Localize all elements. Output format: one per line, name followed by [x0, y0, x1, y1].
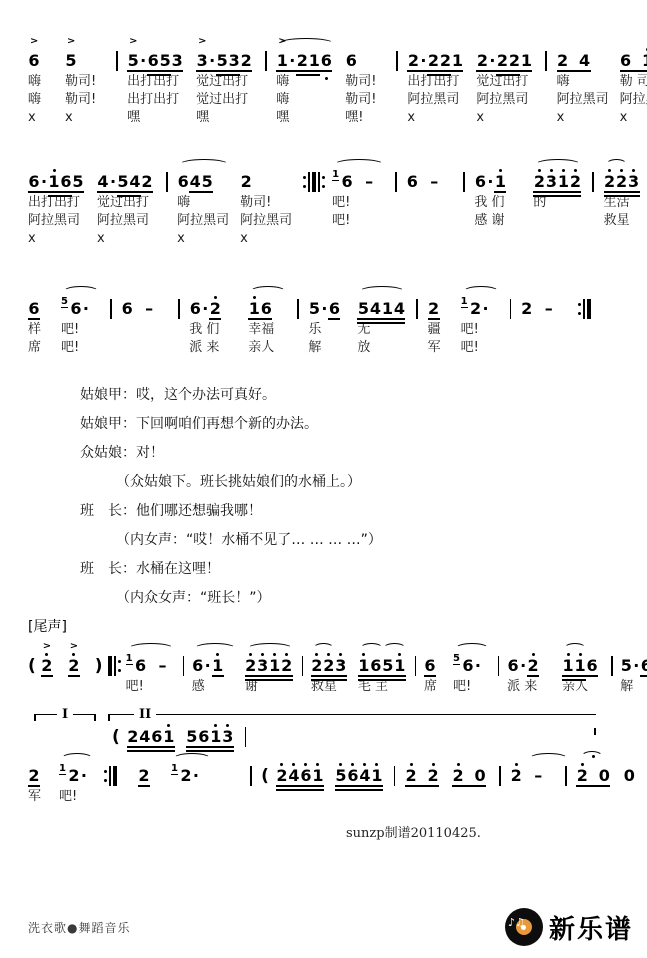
lyric-line [178, 339, 182, 357]
note-cell: 6·1感 [192, 641, 240, 696]
lyric-line [297, 321, 301, 339]
lyric-line: 吧! [126, 678, 178, 696]
accent-mark: > [30, 37, 38, 46]
barline-single [250, 765, 252, 787]
note-cell: 2 0 [576, 751, 616, 806]
dialogue-line: （内众女声：“班长！”） [116, 584, 647, 613]
barline-single [166, 171, 168, 193]
lyric-line [28, 678, 36, 696]
barline-cell [578, 284, 591, 357]
lyric-line: 勒司! [65, 91, 109, 109]
lyric-line [565, 788, 569, 806]
lyric-line [116, 109, 120, 127]
volta-bracket-2: II [108, 714, 596, 722]
lyric-line [110, 321, 114, 339]
note-cell: >5·653出打出打出打出打嘿 [127, 36, 189, 127]
note-cell: 6 – [121, 284, 171, 357]
barline-cell [592, 157, 596, 248]
grace-note: 1 [171, 764, 178, 775]
lyric-line [303, 194, 325, 212]
note-cell: 2·221出打出打阿拉黑司x [407, 36, 469, 127]
barline-cell [245, 712, 247, 749]
note-cell: 2 2 [405, 751, 445, 806]
barline-cell [415, 641, 419, 696]
note-cell: 223生活救星 [604, 157, 646, 248]
note-cell: >3·532觉过出打觉过出打嘿 [196, 36, 258, 127]
lyric-line: 吧! [59, 788, 97, 806]
barline-cell [183, 641, 187, 696]
lyric-line: x [177, 230, 233, 248]
lyric-line [396, 109, 400, 127]
barline-repeat [108, 655, 121, 677]
lyric-line [395, 230, 399, 248]
lyric-line [95, 678, 103, 696]
note-cell: 2312的 [533, 157, 585, 248]
lyric-line [104, 788, 117, 806]
lyric-line [415, 678, 419, 696]
barline-cell [302, 641, 306, 696]
barline-cell [545, 36, 549, 127]
lyric-line [166, 194, 170, 212]
dialogue-line: （众姑娘下。班长挑姑娘们的水桶上。） [116, 468, 647, 497]
paren-cell: ) [95, 641, 103, 696]
lyric-line: 解 [308, 339, 350, 357]
slur-arc [250, 286, 286, 297]
lyric-line: 吧! [461, 321, 503, 339]
slur-arc [455, 643, 489, 654]
note-cell: 1651毛 主 [358, 641, 410, 696]
site-brand: ♪♫ 新乐谱 [505, 908, 633, 946]
lyric-line [623, 788, 641, 806]
note-cell: >5勒司!勒司!x [65, 36, 109, 127]
lyric-line: 阿拉黑司 [97, 212, 159, 230]
barline-single [510, 298, 512, 320]
lyric-line: 阿拉黑司 [407, 91, 469, 109]
note-cell: 223救星 [311, 641, 353, 696]
lyric-line [463, 194, 467, 212]
lyric-line: 放 [357, 339, 409, 357]
note-cell: >2 [68, 641, 90, 696]
lyric-line [578, 321, 591, 339]
lyric-line [178, 321, 182, 339]
lyric-line: 嘿 [196, 109, 258, 127]
music-system-two: 6·165出打出打阿拉黑司x4·542觉过出打阿拉黑司x 645嗨阿拉黑司x2勒… [28, 157, 647, 248]
note-cell: 6·1我 们感 谢 [474, 157, 526, 248]
lyric-line [474, 230, 526, 248]
lyric-line: 嗨 [28, 73, 58, 91]
barline-single [110, 298, 112, 320]
barline-cell [297, 284, 301, 357]
note-cell: 12·吧! [59, 751, 97, 806]
lyric-line: 疆 [428, 321, 454, 339]
barline-cell [110, 284, 114, 357]
lyric-line: 嗨 [557, 73, 613, 91]
barline-repeat [303, 171, 325, 193]
lyric-line: 勒司! [345, 73, 389, 91]
lyric-line: 嗨 [28, 91, 58, 109]
accent-mark: > [43, 642, 51, 651]
barline-single [545, 50, 547, 72]
lyric-line: 军 [428, 339, 454, 357]
barline-repeat [578, 298, 591, 320]
lyric-line: x [240, 230, 296, 248]
note-cell: 6勒司!勒司!嘿! [345, 36, 389, 127]
music-notes-icon: ♪♫ [508, 916, 525, 929]
engraver-credit: sunzp制谱20110425. [346, 822, 647, 840]
lyric-line [183, 678, 187, 696]
lyric-line: 军 [28, 788, 52, 806]
barline-single [178, 298, 180, 320]
note-cell: 2 – [510, 751, 558, 806]
grace-note: 5 [61, 297, 68, 308]
lyric-line: 嘿 [127, 109, 189, 127]
lyric-line: x [557, 109, 613, 127]
grace-note: 1 [332, 170, 339, 181]
grace-note: 5 [453, 654, 460, 665]
note-cell: 2·221觉过出打阿拉黑司x [476, 36, 538, 127]
dialogue-line: 班 长：水桶在这哩！ [80, 555, 647, 584]
note-cell: 116亲人 [562, 641, 606, 696]
lyric-line: x [28, 109, 58, 127]
lyric-line [406, 212, 456, 230]
note-cell: 5414无放 [357, 284, 409, 357]
lyric-line [303, 212, 325, 230]
lyric-line [499, 788, 503, 806]
lyric-line: 出打出打 [127, 91, 189, 109]
slur-arc [529, 753, 568, 764]
barline-single [463, 171, 465, 193]
volta-bracket-1: I [34, 714, 96, 722]
barline-single [611, 655, 613, 677]
barline-single [565, 765, 567, 787]
lyric-line [416, 321, 420, 339]
lyric-line: 阿拉黑司 [557, 91, 613, 109]
note-cell: 2军 [28, 751, 52, 806]
barline-cell [178, 284, 182, 357]
lyric-line: 感 谢 [474, 212, 526, 230]
note-cell: 6·2派 来 [507, 641, 557, 696]
note-cell: 2461 [127, 712, 179, 749]
parenthesis: ) [95, 655, 103, 677]
accent-mark: > [129, 37, 137, 46]
barline-cell [166, 157, 170, 248]
barline-single [499, 765, 501, 787]
lyric-line: 嗨 [177, 194, 233, 212]
lyric-line [498, 678, 502, 696]
slur-arc [463, 286, 499, 297]
lyric-line [116, 73, 120, 91]
note-cell: 56·吧! [453, 641, 493, 696]
bottom-bar: 洗衣歌●舞蹈音乐 ♪♫ 新乐谱 [28, 908, 633, 946]
paren-cell: ( [261, 751, 269, 806]
lyric-line [41, 678, 63, 696]
barline-single [265, 50, 267, 72]
lyric-line: 勒司! [345, 91, 389, 109]
barline-single [116, 50, 118, 72]
music-system-three: 6样席56·吧!吧! 6 – 6·2我 们派 来16幸福亲人 5·6乐解5414… [28, 284, 647, 357]
lyric-line: 阿拉黑司 [620, 91, 647, 109]
slur-arc [173, 753, 211, 764]
note-cell: 2勒司!阿拉黑司x [240, 157, 296, 248]
dialogue-line: 姑娘甲：下回啊咱们再想个新的办法。 [80, 410, 647, 439]
lyric-line [545, 109, 549, 127]
barline-cell [394, 751, 398, 806]
lyric-line [406, 230, 456, 248]
barline-single [302, 655, 304, 677]
lyric-line [545, 91, 549, 109]
barline-single [183, 655, 185, 677]
barline-cell [463, 157, 467, 248]
lyric-line [261, 788, 269, 806]
barline-cell [510, 284, 514, 357]
lyric-line: 阿拉黑司 [28, 212, 90, 230]
barline-cell [499, 751, 503, 806]
lyric-line: 幸福 [248, 321, 290, 339]
lyric-line: 解 [620, 678, 647, 696]
barline-cell [265, 36, 269, 127]
dialogue-line: 众姑娘：对！ [80, 439, 647, 468]
lyric-line [521, 321, 571, 339]
lyric-line [394, 788, 398, 806]
lyric-line: x [65, 109, 109, 127]
barline-cell [104, 751, 117, 806]
lyric-line [510, 339, 514, 357]
note-cell: 0 [623, 751, 641, 806]
barline-cell [108, 641, 121, 696]
lyric-line [108, 678, 121, 696]
parenthesis: ( [261, 765, 269, 787]
note-cell: 12·吧!吧! [461, 284, 503, 357]
music-system-final: 2军12·吧! 2 12· ( 2461 5641 2 2 2 0 2 – 2 … [28, 751, 628, 806]
slur-arc [194, 643, 236, 654]
lyric-line [121, 321, 171, 339]
note-cell: 2461 [276, 751, 328, 806]
lyric-line [171, 788, 215, 806]
lyric-line [592, 212, 596, 230]
lyric-line [395, 194, 399, 212]
note-cell: 6样席 [28, 284, 54, 357]
lyric-line: 救星 [604, 212, 646, 230]
lyric-line: x [407, 109, 469, 127]
lyric-line [116, 91, 120, 109]
lyric-line: 勒司! [65, 73, 109, 91]
lyric-line [576, 788, 616, 806]
lyric-line: x [476, 109, 538, 127]
slur-arc [278, 38, 334, 49]
lyric-line [166, 212, 170, 230]
slur-arc [63, 286, 99, 297]
note-cell: 6席 [424, 641, 448, 696]
barline-cell [498, 641, 502, 696]
slur-arc [334, 159, 384, 170]
slur-arc [128, 643, 174, 654]
lyric-line: 我 们 [189, 321, 241, 339]
lyric-line: 派 来 [189, 339, 241, 357]
lyric-line [463, 230, 467, 248]
lyric-line [138, 788, 164, 806]
parenthesis: ( [112, 726, 120, 748]
note-cell: >6嗨嗨x [28, 36, 58, 127]
watermark-title: 洗衣歌●舞蹈音乐 [28, 919, 130, 936]
lyric-line [604, 230, 646, 248]
lyric-line: 勒司! [240, 194, 296, 212]
accent-mark: > [70, 642, 78, 651]
note-cell: 56·吧!吧! [61, 284, 103, 357]
lyric-line: 派 来 [507, 678, 557, 696]
barline-single [592, 171, 594, 193]
note-cell: 5613 [186, 712, 238, 749]
lyric-line [405, 788, 445, 806]
barline-single [415, 655, 417, 677]
note-cell: 6·165出打出打阿拉黑司x [28, 157, 90, 248]
barline-cell [565, 751, 569, 806]
lyric-line [592, 194, 596, 212]
lyric-line [121, 339, 171, 357]
lyric-line [533, 230, 585, 248]
barline-cell [250, 751, 254, 806]
lyric-line: 勒 司! [620, 73, 647, 91]
lyric-line: 吧! [453, 678, 493, 696]
barline-cell [116, 36, 120, 127]
lyric-line [250, 788, 254, 806]
barline-single [416, 298, 418, 320]
lyric-line: 嘿 [276, 109, 338, 127]
lyric-line: 吧! [332, 194, 388, 212]
barline-single [394, 765, 396, 787]
music-score-page: >6嗨嗨x>5勒司!勒司!x >5·653出打出打出打出打嘿>3·532觉过出打… [0, 0, 647, 958]
lyric-line [592, 230, 596, 248]
lyric-line [395, 212, 399, 230]
music-system-coda: ( >2 >2 ) 16 –吧! 6·1感2312谢 223救星1651毛 主 … [28, 641, 647, 696]
slur-arc [360, 643, 406, 652]
lyric-line [332, 230, 388, 248]
lyric-line [545, 73, 549, 91]
note-cell: 5641 [335, 751, 387, 806]
grace-note: 1 [59, 764, 66, 775]
note-cell: 2 – [521, 284, 571, 357]
lyric-line [110, 339, 114, 357]
lyric-line [302, 678, 306, 696]
note-cell: 2312谢 [245, 641, 297, 696]
final-system-block: I II (24615613 2军12·吧! 2 12· ( 2461 5641… [28, 712, 628, 806]
lyric-line: x [28, 230, 90, 248]
note-cell: 6 1勒 司!阿拉黑司x [620, 36, 647, 127]
note-cell: 5·6解 [620, 641, 647, 696]
lyric-line: x [97, 230, 159, 248]
barline-single [245, 726, 247, 748]
barline-cell [303, 157, 325, 248]
note-cell: 16 –吧! [126, 641, 178, 696]
barline-repeat [104, 765, 117, 787]
lyric-line [521, 339, 571, 357]
note-cell: 2 0 [452, 751, 492, 806]
lyric-line [406, 194, 456, 212]
brand-name: 新乐谱 [549, 909, 633, 946]
dialogue-line: （内女声：“哎！水桶不见了… … … …”） [116, 526, 647, 555]
barline-single [395, 171, 397, 193]
dialogue-line: 姑娘甲：哎，这个办法可真好。 [80, 381, 647, 410]
lyric-line: 嘿! [345, 109, 389, 127]
lyric-line: 样 [28, 321, 54, 339]
lyric-line [510, 788, 558, 806]
note-cell: 12· [171, 751, 215, 806]
grace-note: 1 [461, 297, 468, 308]
lyric-line: 吧! [332, 212, 388, 230]
barline-single [396, 50, 398, 72]
lyric-line: 亲人 [248, 339, 290, 357]
lyric-line: 吧! [461, 339, 503, 357]
lyric-line [416, 339, 420, 357]
lyric-line [166, 230, 170, 248]
lyric-line [265, 109, 269, 127]
paren-cell: ( [112, 712, 120, 749]
coda-section-label: [尾声] [28, 617, 647, 637]
slur-arc [359, 286, 405, 297]
lyric-line: x [620, 109, 647, 127]
music-system-opening: >6嗨嗨x>5勒司!勒司!x >5·653出打出打出打出打嘿>3·532觉过出打… [28, 36, 647, 127]
accent-mark: > [67, 37, 75, 46]
barline-cell [395, 157, 399, 248]
lyric-line [510, 321, 514, 339]
lyric-line: 乐 [308, 321, 350, 339]
lyric-line: 吧! [61, 321, 103, 339]
lyric-line: 感 [192, 678, 240, 696]
note-cell: 2疆军 [428, 284, 454, 357]
note-cell: 16 –吧!吧! [332, 157, 388, 248]
lyric-line: 席 [424, 678, 448, 696]
lyric-line [297, 339, 301, 357]
dialogue-line: 班 长：他们哪还想骗我哪！ [80, 497, 647, 526]
lyric-line [396, 91, 400, 109]
lyric-line: 阿拉黑司 [177, 212, 233, 230]
lyric-line [463, 212, 467, 230]
barline-cell [611, 641, 615, 696]
parenthesis: ( [28, 655, 36, 677]
note-cell: 2 [138, 751, 164, 806]
note-cell: >2 [41, 641, 63, 696]
note-cell: 5·6乐解 [308, 284, 350, 357]
barline-cell [416, 284, 420, 357]
vinyl-record-icon: ♪♫ [505, 908, 543, 946]
accent-mark: > [198, 37, 206, 46]
lyric-line [265, 91, 269, 109]
barline-cell [396, 36, 400, 127]
note-cell: 6 – [406, 157, 456, 248]
note-cell: >1·216嗨嗨嘿 [276, 36, 338, 127]
lyric-line [611, 678, 615, 696]
note-cell: 6·2我 们派 来 [189, 284, 241, 357]
dialogue-section: 姑娘甲：哎，这个办法可真好。姑娘甲：下回啊咱们再想个新的办法。众姑娘：对！（众姑… [28, 381, 647, 613]
slur-arc [179, 159, 229, 170]
barline-single [498, 655, 500, 677]
volta-1-label: I [57, 707, 73, 722]
lyric-line [452, 788, 492, 806]
grace-note: 1 [126, 654, 133, 665]
lyric-line: 阿拉黑司 [240, 212, 296, 230]
barline-single [297, 298, 299, 320]
lyric-line [303, 230, 325, 248]
note-cell: 16幸福亲人 [248, 284, 290, 357]
lyric-line: 嗨 [276, 91, 338, 109]
lyric-line [578, 339, 591, 357]
lyric-line: 觉过出打 [196, 91, 258, 109]
lyric-line [396, 73, 400, 91]
paren-cell: ( [28, 641, 36, 696]
lyric-line: 我 们 [474, 194, 526, 212]
lyric-line [533, 212, 585, 230]
note-cell: 2 4嗨阿拉黑司x [557, 36, 613, 127]
note-cell: 645嗨阿拉黑司x [177, 157, 233, 248]
